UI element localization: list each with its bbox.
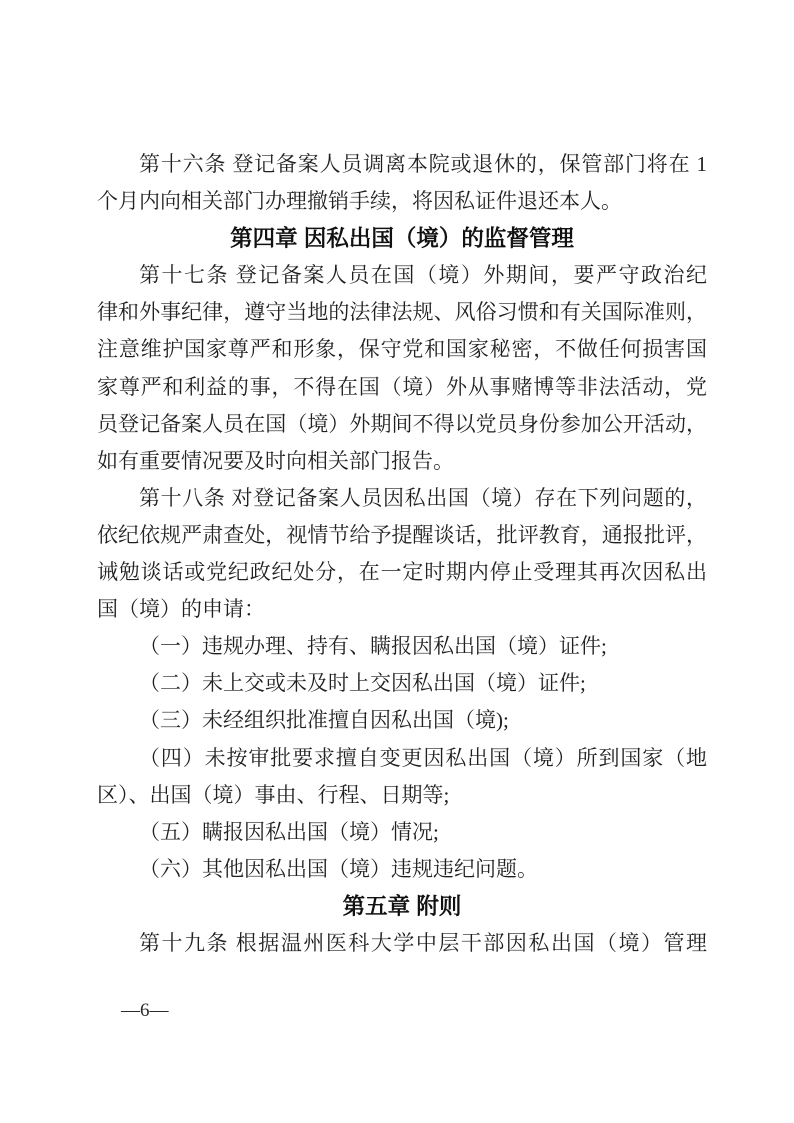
item-4-line-1: （四）未按审批要求擅自变更因私出国（境）所到国家（地 — [97, 740, 707, 777]
article-17-line-6: 如有重要情况要及时向相关部门报告。 — [97, 443, 707, 480]
article-17-line-3: 注意维护国家尊严和形象，保守党和国家秘密，不做任何损害国 — [97, 331, 707, 368]
article-17-line-5: 员登记备案人员在国（境）外期间不得以党员身份参加公开活动， — [97, 406, 707, 443]
item-1-line: （一）违规办理、持有、瞒报因私出国（境）证件; — [97, 628, 707, 665]
item-2-line: （二）未上交或未及时上交因私出国（境）证件; — [97, 665, 707, 702]
article-18-line-2: 依纪依规严肃查处，视情节给予提醒谈话，批评教育，通报批评， — [97, 517, 707, 554]
article-17-line-4: 家尊严和利益的事，不得在国（境）外从事赌博等非法活动，党 — [97, 369, 707, 406]
chapter-4-heading: 第四章 因私出国（境）的监督管理 — [97, 220, 707, 257]
document-body: 第十六条 登记备案人员调离本院或退休的，保管部门将在 1 个月内向相关部门办理撤… — [97, 146, 707, 962]
article-16-line-1: 第十六条 登记备案人员调离本院或退休的，保管部门将在 1 — [97, 146, 707, 183]
article-17-line-1: 第十七条 登记备案人员在国（境）外期间，要严守政治纪 — [97, 257, 707, 294]
article-17-line-2: 律和外事纪律，遵守当地的法律法规、风俗习惯和有关国际准则， — [97, 294, 707, 331]
article-18-line-3: 诫勉谈话或党纪政纪处分，在一定时期内停止受理其再次因私出 — [97, 554, 707, 591]
item-5-line: （五）瞒报因私出国（境）情况; — [97, 814, 707, 851]
article-16-line-2: 个月内向相关部门办理撤销手续，将因私证件退还本人。 — [97, 183, 707, 220]
article-18-line-4: 国（境）的申请： — [97, 591, 707, 628]
article-18-line-1: 第十八条 对登记备案人员因私出国（境）存在下列问题的， — [97, 480, 707, 517]
item-4-line-2: 区）、出国（境）事由、行程、日期等; — [97, 777, 707, 814]
item-6-line: （六）其他因私出国（境）违规违纪问题。 — [97, 851, 707, 888]
chapter-5-heading: 第五章 附则 — [97, 888, 707, 925]
document-page: 第十六条 登记备案人员调离本院或退休的，保管部门将在 1 个月内向相关部门办理撤… — [0, 0, 794, 1123]
item-3-line: （三）未经组织批准擅自因私出国（境); — [97, 702, 707, 739]
article-19-line-1: 第十九条 根据温州医科大学中层干部因私出国（境）管理 — [97, 925, 707, 962]
page-number: —6— — [121, 1000, 169, 1022]
